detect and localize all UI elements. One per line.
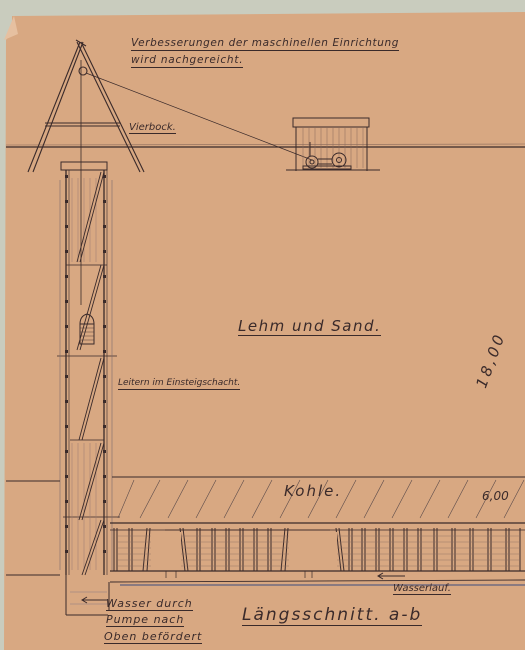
coal-layer-label: Kohle. (284, 483, 342, 500)
tripod-label: Vierbock. (129, 122, 176, 134)
note-line-1: Verbesserungen der maschinellen Einricht… (131, 38, 399, 51)
soil-layer-label: Lehm und Sand. (238, 318, 381, 336)
drawing-sheet: Verbesserungen der maschinellen Einricht… (0, 0, 525, 650)
water-note-line-3: Oben befördert (104, 631, 202, 644)
water-channel-label: Wasserlauf. (393, 583, 451, 595)
drawing-title: Längsschnitt. a-b (242, 606, 422, 626)
note-line-2: wird nachgereicht. (131, 55, 243, 68)
ladders-label: Leitern im Einsteigschacht. (118, 379, 240, 390)
water-note-line-2: Pumpe nach (106, 614, 184, 627)
coal-depth-label: 6,00 (482, 490, 509, 503)
water-note-line-1: Wasser durch (106, 598, 193, 611)
